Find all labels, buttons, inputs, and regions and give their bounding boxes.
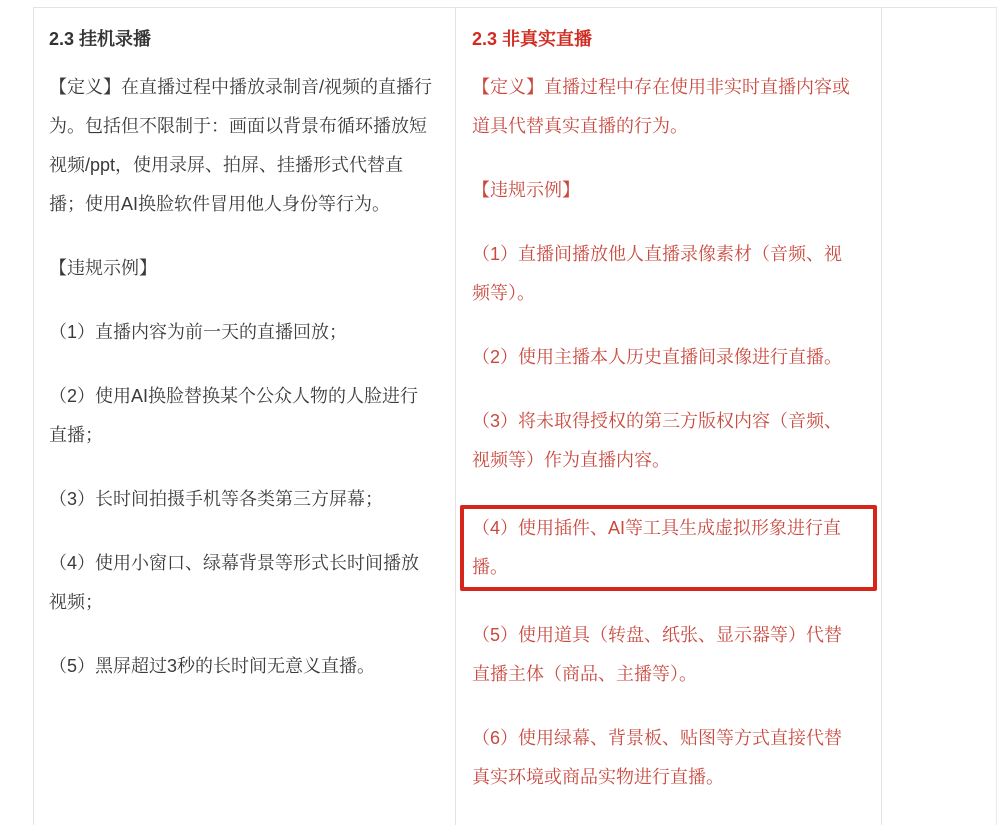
empty-table-column [882,8,997,825]
section-heading-non-genuine-live: 2.3 非真实直播 [472,24,869,54]
violation-example-item-1: （1）直播内容为前一天的直播回放； [49,313,442,352]
policy-table: 2.3 挂机录播 【定义】在直播过程中播放录制音/视频的直播行 为。包括但不限制… [33,7,997,825]
definition-paragraph: 【定义】直播过程中存在使用非实时直播内容或 道具代替真实直播的行为。 [472,68,869,146]
violation-example-item-6: （6）使用绿幕、背景板、贴图等方式直接代替 真实环境或商品实物进行直播。 [472,719,869,797]
violation-example-item-4: （4）使用小窗口、绿幕背景等形式长时间播放 视频； [49,544,442,622]
violation-examples-label: 【违规示例】 [472,171,869,210]
violation-example-item-1: （1）直播间播放他人直播录像素材（音频、视 频等）。 [472,235,869,313]
column-hangup-recording: 2.3 挂机录播 【定义】在直播过程中播放录制音/视频的直播行 为。包括但不限制… [34,8,456,825]
section-heading-hangup-recording: 2.3 挂机录播 [49,24,442,54]
violation-example-item-5: （5）使用道具（转盘、纸张、显示器等）代替 直播主体（商品、主播等）。 [472,616,869,694]
violation-example-item-2: （2）使用AI换脸替换某个公众人物的人脸进行 直播； [49,377,442,455]
violation-example-item-4-highlighted: （4）使用插件、AI等工具生成虚拟形象进行直 播。 [472,509,865,587]
policy-document-page: 2.3 挂机录播 【定义】在直播过程中播放录制音/视频的直播行 为。包括但不限制… [0,0,1000,825]
violation-example-item-3: （3）长时间拍摄手机等各类第三方屏幕； [49,480,442,519]
column-non-genuine-live: 2.3 非真实直播 【定义】直播过程中存在使用非实时直播内容或 道具代替真实直播… [456,8,882,825]
violation-examples-label: 【违规示例】 [49,249,442,288]
highlight-box: （4）使用插件、AI等工具生成虚拟形象进行直 播。 [460,505,877,591]
violation-example-item-3: （3）将未取得授权的第三方版权内容（音频、 视频等）作为直播内容。 [472,402,869,480]
definition-paragraph: 【定义】在直播过程中播放录制音/视频的直播行 为。包括但不限制于：画面以背景布循… [49,68,442,224]
violation-example-item-2: （2）使用主播本人历史直播间录像进行直播。 [472,338,869,377]
violation-example-item-5: （5）黑屏超过3秒的长时间无意义直播。 [49,647,442,686]
